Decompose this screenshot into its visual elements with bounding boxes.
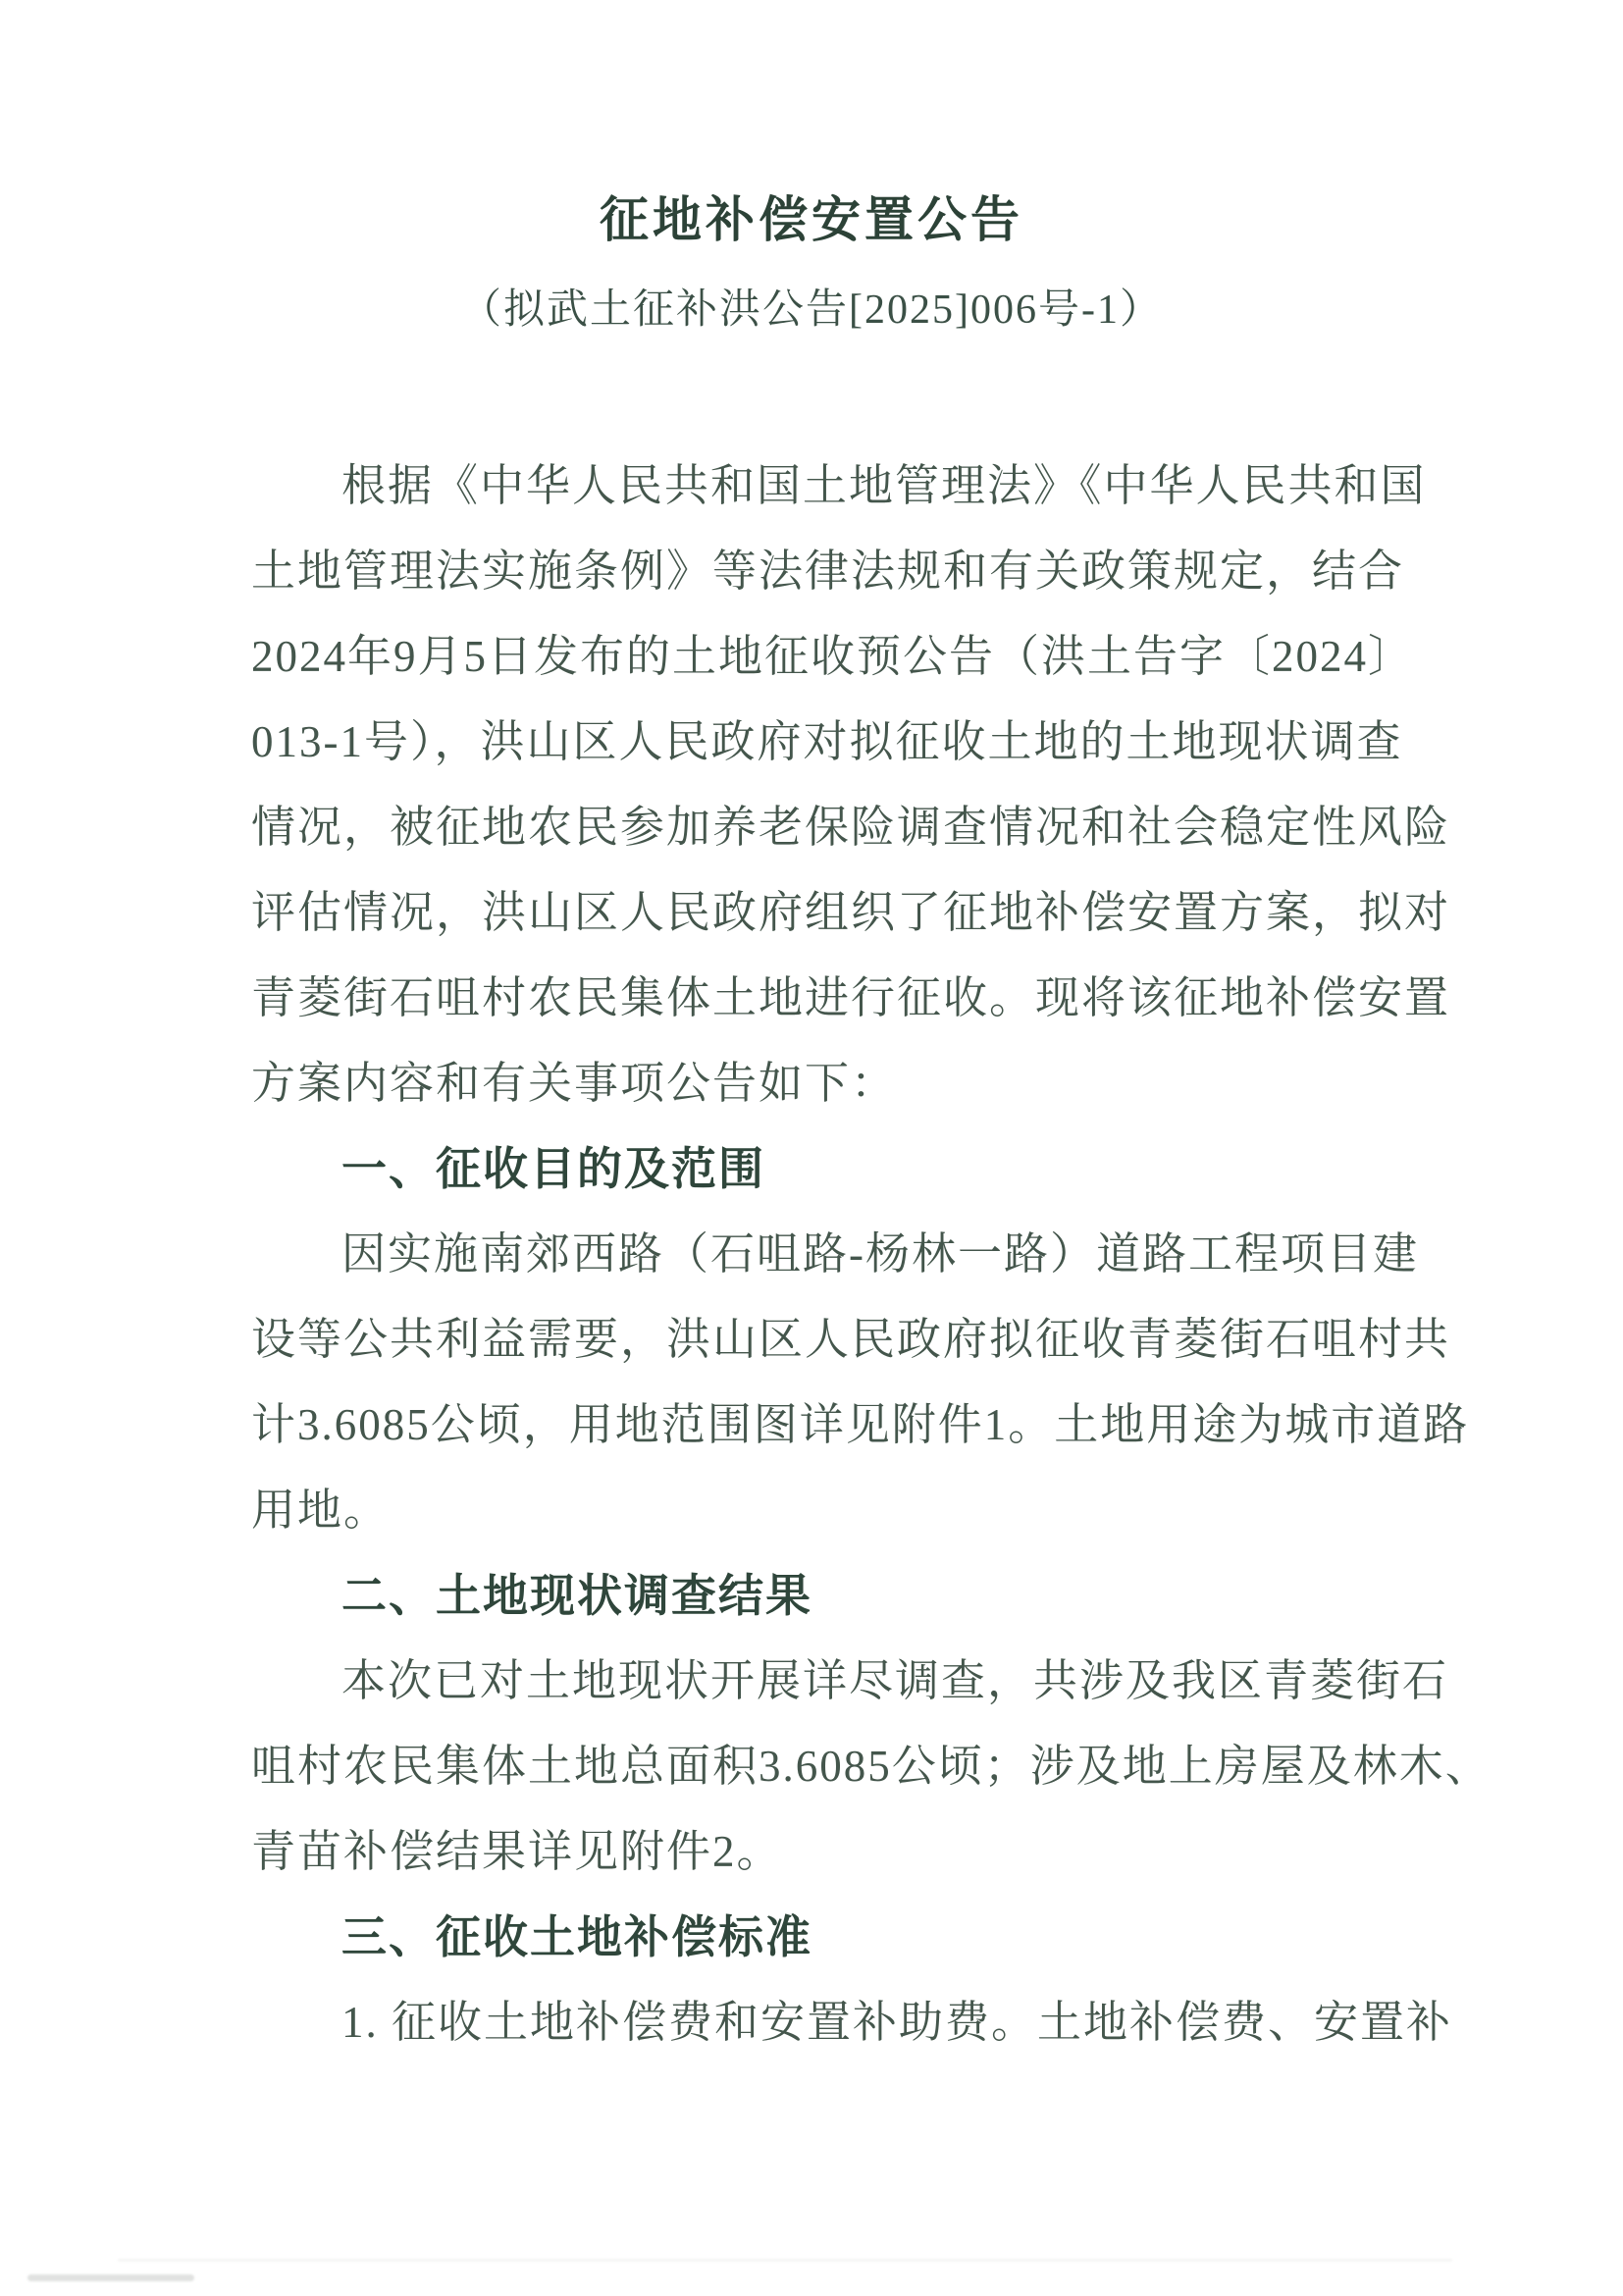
body-line-3: 2024年9月5日发布的土地征收预公告（洪土告字〔2024〕 [251, 614, 1370, 700]
document-body: 根据《中华人民共和国土地管理法》《中华人民共和国 土地管理法实施条例》等法律法规… [251, 444, 1370, 2065]
body-line-16: 咀村农民集体土地总面积3.6085公顷；涉及地上房屋及林木、 [251, 1724, 1370, 1809]
scan-smudge [27, 2274, 194, 2281]
body-line-2: 土地管理法实施条例》等法律法规和有关政策规定，结合 [251, 529, 1370, 614]
document-title: 征地补偿安置公告 [0, 190, 1623, 249]
body-line-7: 青菱街石咀村农民集体土地进行征收。现将该征地补偿安置 [251, 956, 1370, 1041]
body-line-5: 情况，被征地农民参加养老保险调查情况和社会稳定性风险 [251, 785, 1370, 870]
section-heading-2: 二、土地现状调查结果 [251, 1553, 1370, 1639]
body-line-8: 方案内容和有关事项公告如下： [251, 1041, 1370, 1126]
section-heading-1: 一、征收目的及范围 [251, 1126, 1370, 1212]
scan-streak [118, 2259, 1452, 2262]
body-line-10: 因实施南郊西路（石咀路-杨林一路）道路工程项目建 [251, 1212, 1370, 1297]
body-line-6: 评估情况，洪山区人民政府组织了征地补偿安置方案，拟对 [251, 870, 1370, 956]
section-heading-3: 三、征收土地补偿标准 [251, 1895, 1370, 1980]
body-line-11: 设等公共利益需要，洪山区人民政府拟征收青菱街石咀村共 [251, 1297, 1370, 1383]
body-line-17: 青苗补偿结果详见附件2。 [251, 1809, 1370, 1895]
document-number: （拟武土征补洪公告[2025]006号-1） [0, 283, 1623, 338]
body-line-1: 根据《中华人民共和国土地管理法》《中华人民共和国 [251, 444, 1370, 529]
body-line-4: 013-1号），洪山区人民政府对拟征收土地的土地现状调查 [251, 700, 1370, 785]
document-page: 征地补偿安置公告 （拟武土征补洪公告[2025]006号-1） 根据《中华人民共… [0, 0, 1623, 2296]
body-line-13: 用地。 [251, 1468, 1370, 1553]
body-line-15: 本次已对土地现状开展详尽调查，共涉及我区青菱街石 [251, 1639, 1370, 1724]
body-line-19: 1. 征收土地补偿费和安置补助费。土地补偿费、安置补 [251, 1980, 1370, 2065]
body-line-12: 计3.6085公顷，用地范围图详见附件1。土地用途为城市道路 [251, 1383, 1370, 1468]
